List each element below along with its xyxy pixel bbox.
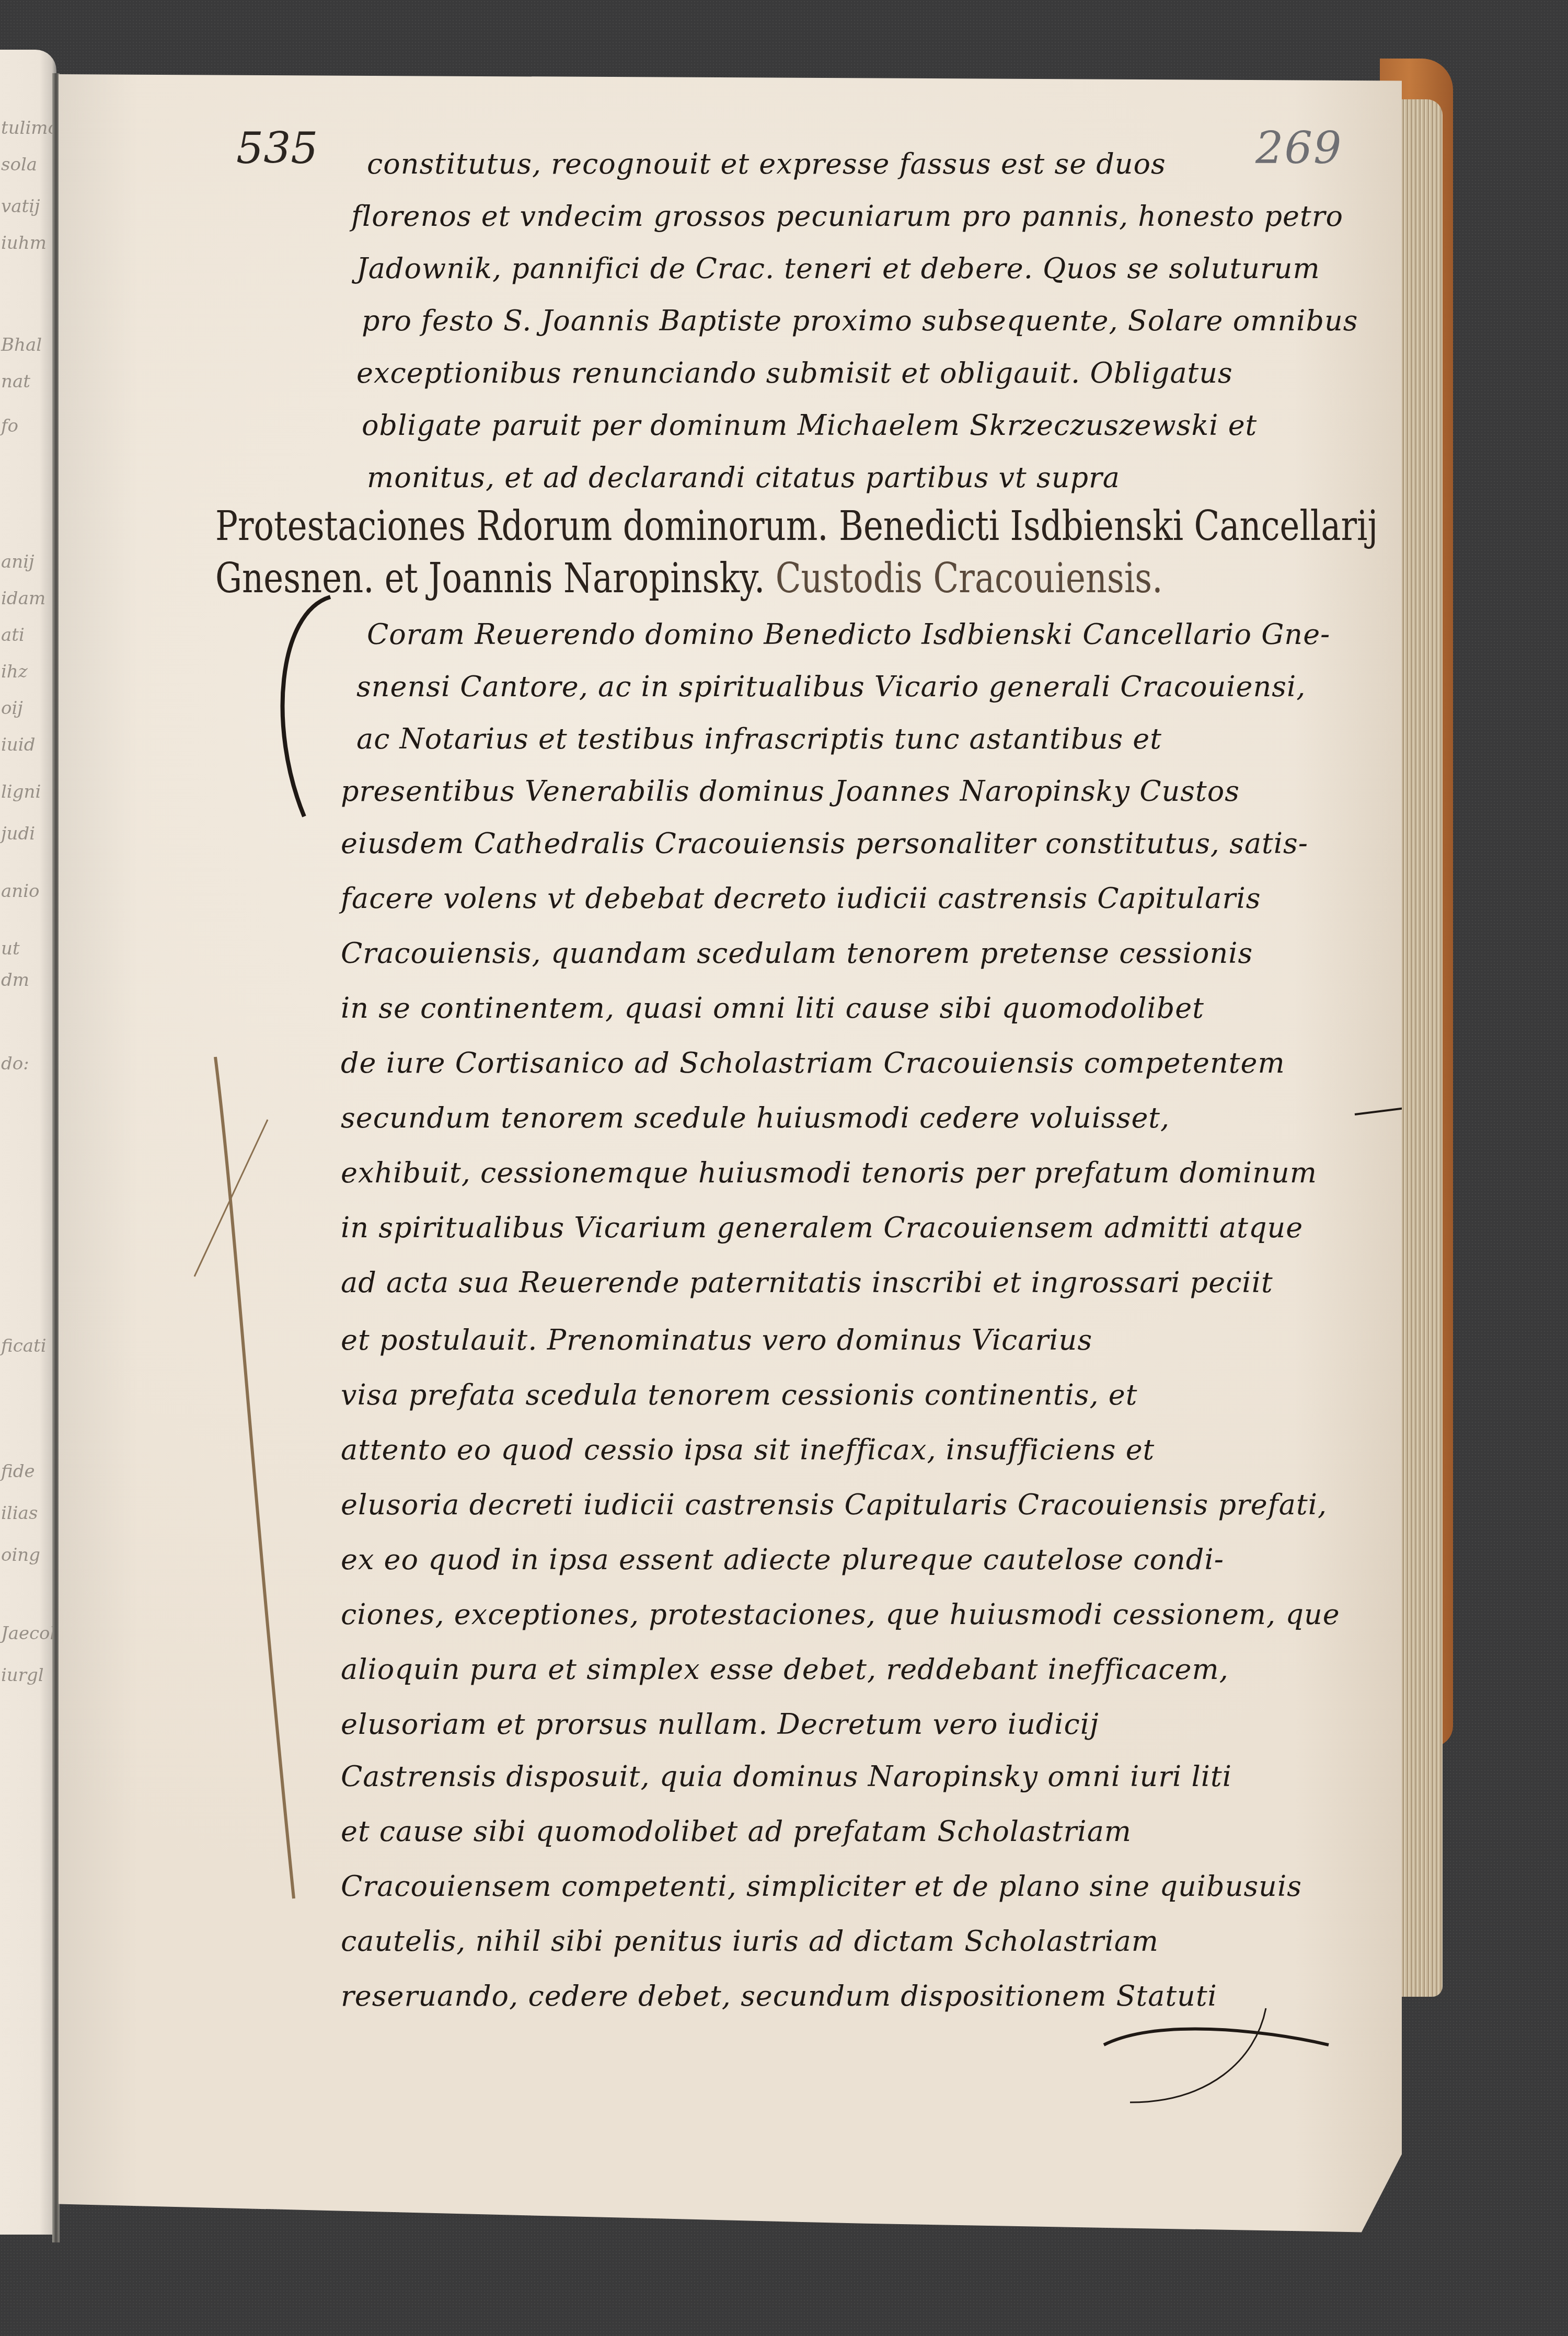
end-flourish	[1104, 2029, 1329, 2045]
facing-page-fragment: ligni	[1, 781, 41, 802]
facing-page-fragment: dm	[1, 970, 29, 991]
folio-number-ink: 535	[236, 124, 318, 174]
facing-page-fragment: anij	[1, 551, 34, 572]
facing-page-fragment: ihz	[1, 661, 28, 682]
text-line: ciones, exceptiones, protestaciones, que…	[341, 1598, 1340, 1631]
margin-curve-icon	[215, 1057, 294, 1898]
section-heading-line-2: Gnesnen. et Joannis Naropinsky. Custodis…	[215, 555, 1162, 602]
text-line: reseruando, cedere debet, secundum dispo…	[341, 1980, 1217, 2012]
facing-page-fragment: nat	[1, 371, 30, 392]
facing-page-fragment: ilias	[1, 1503, 38, 1524]
text-line: pro festo S. Joannis Baptiste proximo su…	[362, 304, 1358, 337]
text-line: ex eo quod in ipsa essent adiecte plureq…	[341, 1543, 1224, 1576]
manuscript-page: 535 269 constitutus, recognouit et expre…	[59, 74, 1402, 2241]
folio-number-pencil: 269	[1255, 122, 1342, 174]
facing-page-fragment: vatij	[1, 196, 40, 217]
text-line: in spiritualibus Vicarium generalem Crac…	[341, 1211, 1303, 1244]
facing-page-fragment: fide	[1, 1461, 35, 1482]
text-line: et cause sibi quomodolibet ad prefatam S…	[341, 1815, 1132, 1848]
text-line: ad acta sua Reuerende paternitatis inscr…	[341, 1266, 1273, 1299]
facing-page-fragment: oij	[1, 698, 23, 719]
text-line: florenos et vndecim grossos pecuniarum p…	[351, 200, 1343, 233]
text-line: Castrensis disposuit, quia dominus Narop…	[341, 1760, 1232, 1793]
text-line: attento eo quod cessio ipsa sit ineffica…	[341, 1433, 1155, 1466]
facing-page-fragment: iuhm	[1, 233, 47, 254]
text-line: Cracouiensis, quandam scedulam tenorem p…	[341, 937, 1253, 970]
facing-page-fragment: sola	[1, 154, 37, 175]
text-line: exhibuit, cessionemque huiusmodi tenoris…	[341, 1156, 1317, 1189]
facing-page-fragment: ati	[1, 625, 25, 646]
text-line: facere volens vt debebat decreto iudicii…	[341, 882, 1261, 915]
facing-page-fragment: Bhal	[1, 335, 42, 355]
text-line: elusoriam et prorsus nullam. Decretum ve…	[341, 1708, 1099, 1741]
initial-c-stroke	[283, 597, 330, 816]
text-line: cautelis, nihil sibi penitus iuris ad di…	[341, 1925, 1159, 1958]
facing-page-fragment: anio	[1, 881, 40, 902]
text-line: elusoria decreti iudicii castrensis Capi…	[341, 1488, 1327, 1521]
text-line: ac Notarius et testibus infrascriptis tu…	[356, 722, 1162, 755]
text-line: eiusdem Cathedralis Cracouiensis persona…	[341, 827, 1308, 860]
text-line: Coram Reuerendo domino Benedicto Isdbien…	[367, 618, 1330, 651]
book-gutter	[52, 73, 60, 2242]
text-line: et postulauit. Prenominatus vero dominus…	[341, 1324, 1092, 1356]
text-line: in se continentem, quasi omni liti cause…	[341, 992, 1204, 1025]
text-line: snensi Cantore, ac in spiritualibus Vica…	[356, 670, 1306, 703]
facing-page-fragment: oing	[1, 1545, 40, 1566]
text-line: de iure Cortisanico ad Scholastriam Crac…	[341, 1046, 1285, 1079]
text-line: Cracouiensem competenti, simpliciter et …	[341, 1870, 1302, 1903]
facing-page-fragment: fo	[1, 416, 18, 436]
facing-page-fragment: ut	[1, 938, 20, 959]
facing-page-fragment: judi	[1, 823, 35, 844]
text-line: secundum tenorem scedule huiusmodi ceder…	[341, 1101, 1170, 1134]
text-line: exceptionibus renunciando submisit et ob…	[356, 356, 1233, 389]
text-line: Jadownik, pannifici de Crac. teneri et d…	[356, 252, 1320, 285]
facing-page-fragment: ficati	[1, 1336, 47, 1356]
text-line: monitus, et ad declarandi citatus partib…	[367, 461, 1120, 494]
facing-page-fragment: do:	[1, 1053, 29, 1074]
heading-custodis: Custodis Cracouiensis.	[776, 555, 1163, 602]
text-line: obligate paruit per dominum Michaelem Sk…	[362, 409, 1257, 442]
facing-page-fragment: Jaecobi	[1, 1623, 56, 1644]
facing-page: tulimo sola vatij iuhm Bhal nat fo anij …	[0, 50, 56, 2235]
text-line: visa prefata scedula tenorem cessionis c…	[341, 1378, 1137, 1411]
section-heading-line-1: Protestaciones Rdorum dominorum. Benedic…	[215, 503, 1378, 550]
facing-page-fragment: tulimo	[1, 118, 56, 139]
text-line: alioquin pura et simplex esse debet, red…	[341, 1653, 1229, 1686]
facing-page-fragment: idam	[1, 588, 45, 609]
facing-page-fragment: iurgl	[1, 1665, 44, 1686]
text-line: constitutus, recognouit et expresse fass…	[367, 147, 1166, 180]
heading-names: Gnesnen. et Joannis Naropinsky.	[215, 555, 765, 602]
facing-page-fragment: iuid	[1, 734, 35, 755]
text-line: presentibus Venerabilis dominus Joannes …	[341, 775, 1240, 808]
